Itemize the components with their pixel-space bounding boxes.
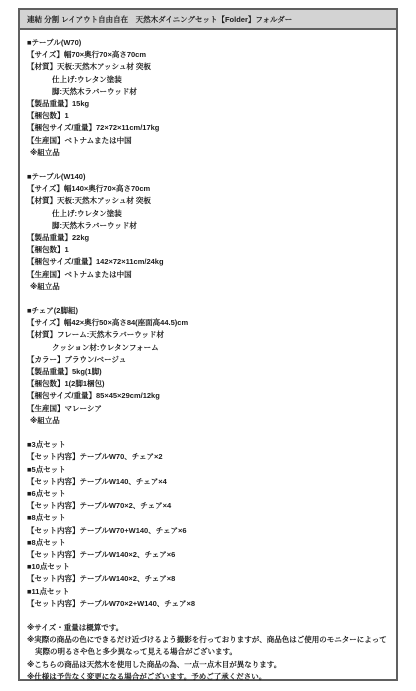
spec-line: 【サイズ】幅70×奥行70×高さ70cm: [27, 49, 389, 61]
product-section: ■テーブル(W70) 【サイズ】幅70×奥行70×高さ70cm 【材質】天板:天…: [27, 37, 389, 159]
set-contents: 【セット内容】テーブルW140×2、チェア×8: [27, 573, 389, 585]
spec-line: 【生産国】マレーシア: [27, 403, 389, 415]
notes-block: ※サイズ・重量は概算です。 ※実際の商品の色にできるだけ近づけるよう撮影を行って…: [27, 622, 389, 683]
spec-line: ※組立品: [27, 281, 389, 293]
product-section: ■チェア(2脚組) 【サイズ】幅42×奥行50×高さ84(座面高44.5)cm …: [27, 305, 389, 427]
page-title: 連結 分割 レイアウト自由自在 天然木ダイニングセット【Folder】フォルダー: [27, 14, 292, 25]
spec-line: ※組立品: [27, 147, 389, 159]
note-line: ※仕様は予告なく変更になる場合がございます。予めご了承ください。: [27, 671, 389, 683]
note-line: ※実際の商品の色にできるだけ近づけるよう撮影を行っておりますが、商品色はご使用の…: [27, 634, 389, 658]
spec-line: 【生産国】ベトナムまたは中国: [27, 269, 389, 281]
set-contents: 【セット内容】テーブルW140、チェア×4: [27, 476, 389, 488]
spec-line: 【カラー】ブラウン/ベージュ: [27, 354, 389, 366]
spec-line: 【製品重量】22kg: [27, 232, 389, 244]
spec-line: 【材質】天板:天然木アッシュ材 突板: [27, 195, 389, 207]
set-list: ■3点セット 【セット内容】テーブルW70、チェア×2 ■5点セット 【セット内…: [27, 439, 389, 610]
product-section: ■テーブル(W140) 【サイズ】幅140×奥行70×高さ70cm 【材質】天板…: [27, 171, 389, 293]
set-name: ■8点セット: [27, 537, 389, 549]
spec-line: 脚:天然木ラバーウッド材: [27, 220, 389, 232]
spec-sheet-box: 連結 分割 レイアウト自由自在 天然木ダイニングセット【Folder】フォルダー…: [18, 8, 398, 681]
note-line: ※サイズ・重量は概算です。: [27, 622, 389, 634]
spec-line: 【製品重量】15kg: [27, 98, 389, 110]
set-name: ■5点セット: [27, 464, 389, 476]
note-line: ※こちらの商品は天然木を使用した商品の為、一点一点木目が異なります。: [27, 659, 389, 671]
spec-content: ■テーブル(W70) 【サイズ】幅70×奥行70×高さ70cm 【材質】天板:天…: [20, 30, 396, 683]
spec-line: 【梱包サイズ/重量】142×72×11cm/24kg: [27, 256, 389, 268]
spec-line: 【生産国】ベトナムまたは中国: [27, 135, 389, 147]
set-contents: 【セット内容】テーブルW70+W140、チェア×6: [27, 525, 389, 537]
spec-line: 【梱包数】1: [27, 110, 389, 122]
section-lines: 【サイズ】幅140×奥行70×高さ70cm 【材質】天板:天然木アッシュ材 突板…: [27, 183, 389, 293]
section-lines: 【サイズ】幅42×奥行50×高さ84(座面高44.5)cm 【材質】フレーム:天…: [27, 317, 389, 427]
spec-line: 仕上げ:ウレタン塗装: [27, 208, 389, 220]
set-name: ■11点セット: [27, 586, 389, 598]
set-contents: 【セット内容】テーブルW70×2、チェア×4: [27, 500, 389, 512]
spec-line: 仕上げ:ウレタン塗装: [27, 74, 389, 86]
spec-line: 【サイズ】幅140×奥行70×高さ70cm: [27, 183, 389, 195]
section-heading: ■テーブル(W70): [27, 37, 389, 49]
spec-line: 【梱包数】1(2脚1梱包): [27, 378, 389, 390]
spec-line: 【材質】天板:天然木アッシュ材 突板: [27, 61, 389, 73]
product-sections: ■テーブル(W70) 【サイズ】幅70×奥行70×高さ70cm 【材質】天板:天…: [27, 37, 389, 427]
spec-line: クッション材:ウレタンフォーム: [27, 342, 389, 354]
title-bar: 連結 分割 レイアウト自由自在 天然木ダイニングセット【Folder】フォルダー: [20, 10, 396, 30]
spec-line: 【梱包サイズ/重量】72×72×11cm/17kg: [27, 122, 389, 134]
spec-line: 【製品重量】5kg(1脚): [27, 366, 389, 378]
spec-line: ※組立品: [27, 415, 389, 427]
set-contents: 【セット内容】テーブルW70、チェア×2: [27, 451, 389, 463]
set-name: ■8点セット: [27, 512, 389, 524]
set-name: ■3点セット: [27, 439, 389, 451]
set-contents: 【セット内容】テーブルW70×2+W140、チェア×8: [27, 598, 389, 610]
spec-line: 【梱包サイズ/重量】85×45×29cm/12kg: [27, 390, 389, 402]
spec-line: 【梱包数】1: [27, 244, 389, 256]
section-heading: ■チェア(2脚組): [27, 305, 389, 317]
set-name: ■10点セット: [27, 561, 389, 573]
spec-line: 【材質】フレーム:天然木ラバーウッド材: [27, 329, 389, 341]
spec-line: 【サイズ】幅42×奥行50×高さ84(座面高44.5)cm: [27, 317, 389, 329]
spec-line: 脚:天然木ラバーウッド材: [27, 86, 389, 98]
set-name: ■6点セット: [27, 488, 389, 500]
set-contents: 【セット内容】テーブルW140×2、チェア×6: [27, 549, 389, 561]
section-heading: ■テーブル(W140): [27, 171, 389, 183]
section-lines: 【サイズ】幅70×奥行70×高さ70cm 【材質】天板:天然木アッシュ材 突板 …: [27, 49, 389, 159]
